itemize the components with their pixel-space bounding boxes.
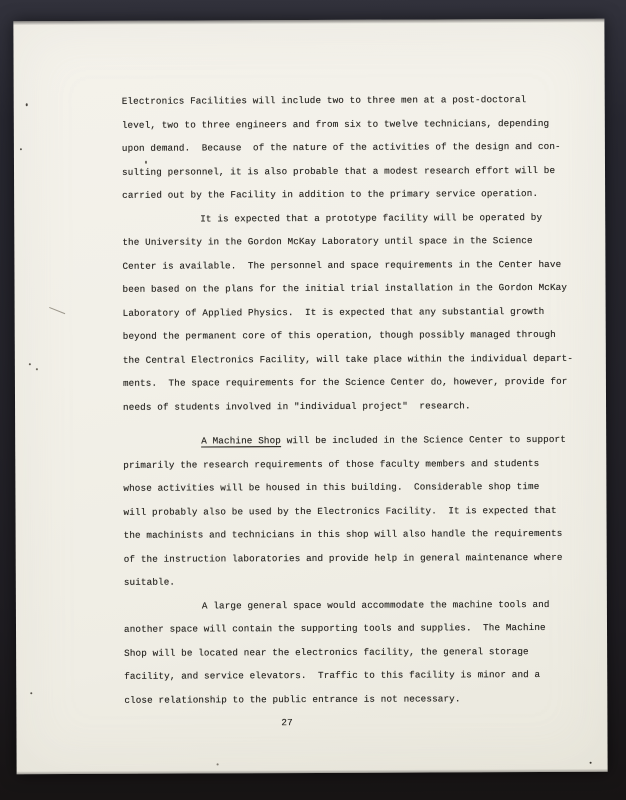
text-line: the University in the Gordon McKay Labor… xyxy=(122,229,592,255)
text-line: needs of students involved in "individua… xyxy=(123,393,593,419)
text-span: will be included in the Science Center t… xyxy=(281,434,566,446)
page-top-edge-shadow xyxy=(13,19,604,26)
text-line: suitable. xyxy=(124,569,594,595)
paragraph-general-space: A large general space would accommodate … xyxy=(124,592,595,712)
text-line: of the instruction laboratories and prov… xyxy=(124,545,594,571)
text-line: primarily the research requirements of t… xyxy=(123,451,593,477)
scan-speck xyxy=(29,363,31,365)
page-number: 27 xyxy=(124,710,594,736)
text-line: upon demand. Because of the nature of th… xyxy=(122,135,592,161)
text-line: Electronics Facilities will include two … xyxy=(122,88,592,114)
scan-speck xyxy=(145,161,147,164)
text-line: sulting personnel, it is also probable t… xyxy=(122,158,592,184)
text-line: whose activities will be housed in this … xyxy=(123,475,593,501)
page-bottom-edge-shadow xyxy=(17,769,608,775)
underlined-heading: A Machine Shop xyxy=(201,435,281,446)
text-line: Laboratory of Applied Physics. It is exp… xyxy=(123,299,593,325)
text-line: carried out by the Facility in addition … xyxy=(122,182,592,208)
document-page: Electronics Facilities will include two … xyxy=(13,19,607,775)
text-line: been based on the plans for the initial … xyxy=(122,276,592,302)
paragraph-machine-shop: A Machine Shop will be included in the S… xyxy=(123,428,594,595)
text-line: A Machine Shop will be included in the S… xyxy=(123,428,593,454)
text-line: It is expected that a prototype facility… xyxy=(122,205,592,231)
scan-speck xyxy=(20,148,22,150)
scan-speck xyxy=(217,763,219,765)
text-line: the Central Electronics Facility, will t… xyxy=(123,346,593,372)
text-line: beyond the permanent core of this operat… xyxy=(123,323,593,349)
text-line: level, two to three engineers and from s… xyxy=(122,111,592,137)
scan-speck xyxy=(30,692,32,694)
text-line: another space will contain the supportin… xyxy=(124,616,594,642)
text-line: A large general space would accommodate … xyxy=(124,592,594,618)
paragraph-prototype-facility: It is expected that a prototype facility… xyxy=(122,205,593,419)
scanned-document-photo: Electronics Facilities will include two … xyxy=(0,0,626,800)
paragraph-electronics-facilities: Electronics Facilities will include two … xyxy=(122,88,593,208)
text-line: Center is available. The personnel and s… xyxy=(122,252,592,278)
scan-speck xyxy=(26,103,28,106)
text-line: the machinists and technicians in this s… xyxy=(124,522,594,548)
text-line: facility, and service elevators. Traffic… xyxy=(124,663,594,689)
scan-speck xyxy=(36,368,38,370)
text-line: Shop will be located near the electronic… xyxy=(124,639,594,665)
scan-pencil-mark xyxy=(49,307,65,315)
text-line: close relationship to the public entranc… xyxy=(124,686,594,712)
text-line: will probably also be used by the Electr… xyxy=(123,498,593,524)
page-body-text: Electronics Facilities will include two … xyxy=(122,88,595,736)
scan-speck xyxy=(590,762,592,764)
text-line: ments. The space requirements for the Sc… xyxy=(123,370,593,396)
